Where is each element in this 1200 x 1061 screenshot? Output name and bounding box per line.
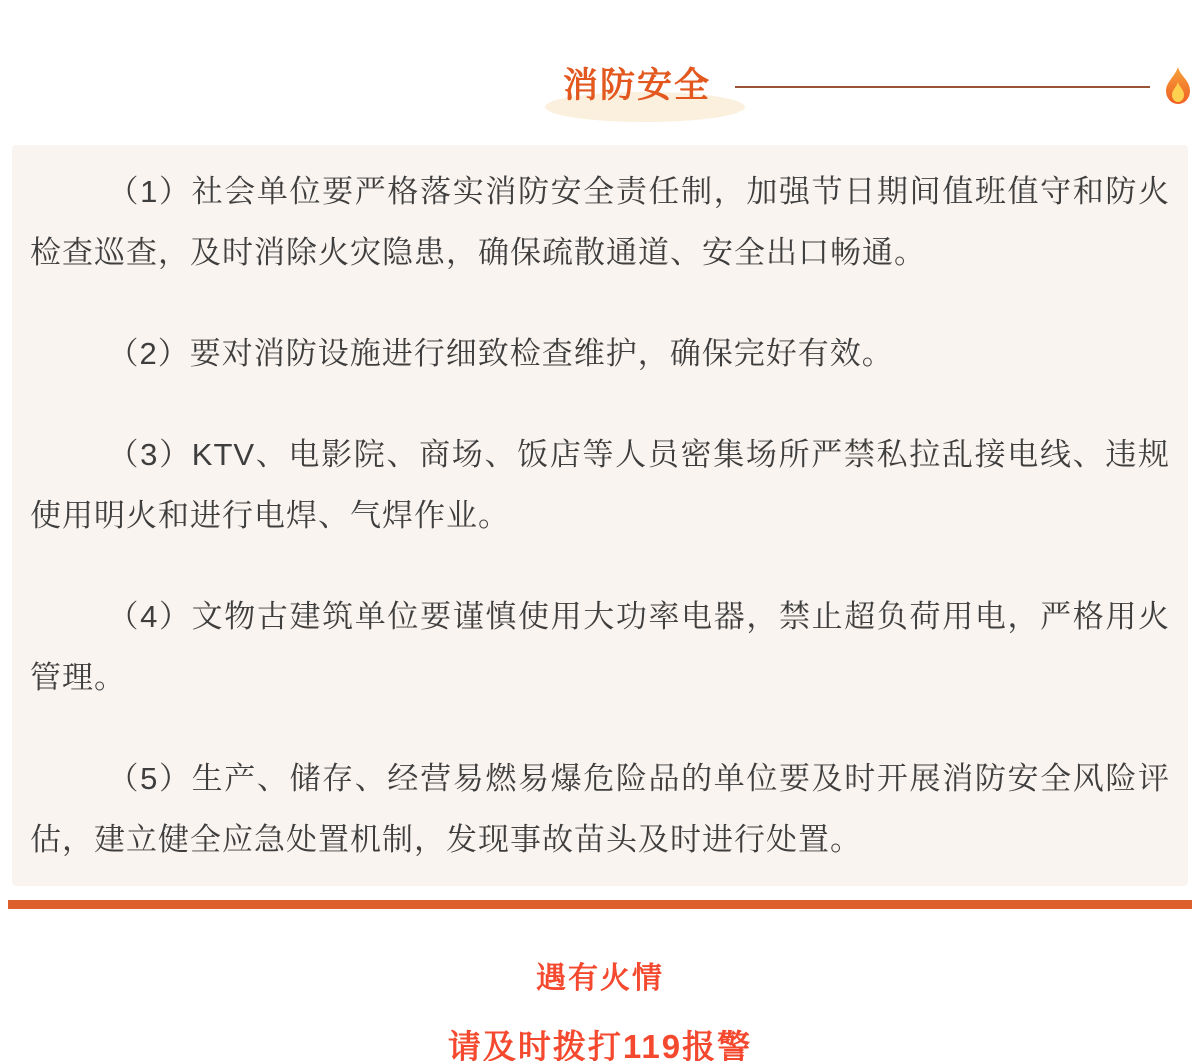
safety-paragraph-2: （2）要对消防设施进行细致检查维护，确保完好有效。 <box>30 323 1170 384</box>
footer-alert-line2: 请及时拨打119报警 <box>0 1021 1200 1061</box>
section-header: 消防安全 <box>0 0 1200 145</box>
footer-alert-line1: 遇有火情 <box>0 953 1200 997</box>
safety-paragraph-4: （4）文物古建筑单位要谨慎使用大功率电器，禁止超负荷用电，严格用火管理。 <box>30 586 1170 708</box>
content-card: （1）社会单位要严格落实消防安全责任制，加强节日期间值班值守和防火检查巡查，及时… <box>12 145 1188 886</box>
safety-paragraph-1: （1）社会单位要严格落实消防安全责任制，加强节日期间值班值守和防火检查巡查，及时… <box>30 161 1170 283</box>
fire-safety-article: 消防安全 （1）社会单位要严格落实消防安全责任制，加强节日期间值班值守和防火检查… <box>0 0 1200 1061</box>
flame-icon <box>1161 66 1195 110</box>
footer-alert: 遇有火情 请及时拨打119报警 <box>0 953 1200 1061</box>
safety-paragraph-5: （5）生产、储存、经营易燃易爆危险品的单位要及时开展消防安全风险评估，建立健全应… <box>30 748 1170 870</box>
header-divider-line <box>735 86 1150 88</box>
safety-paragraph-3: （3）KTV、电影院、商场、饭店等人员密集场所严禁私拉乱接电线、违规使用明火和进… <box>30 424 1170 546</box>
section-title: 消防安全 <box>563 58 711 108</box>
bottom-divider-bar <box>8 900 1192 909</box>
